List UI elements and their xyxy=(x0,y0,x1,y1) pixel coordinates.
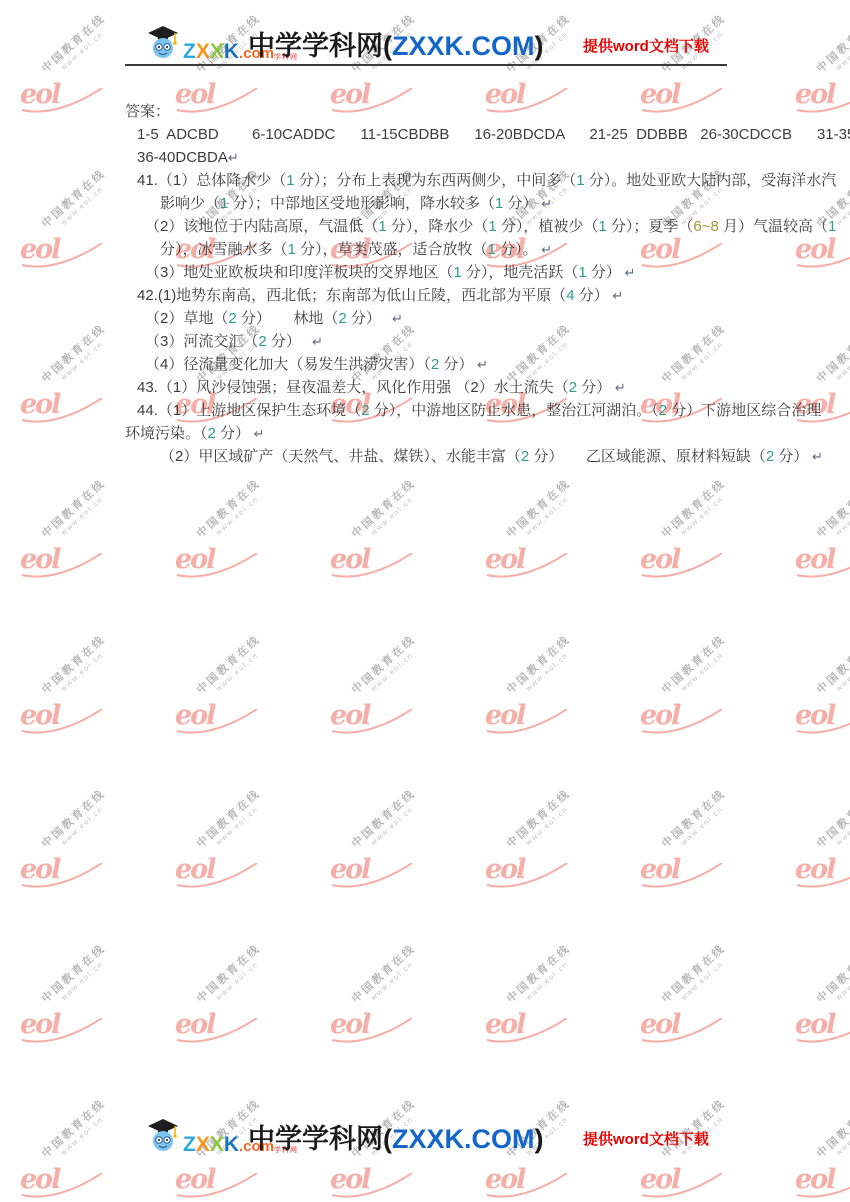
watermark-url: www.eol.cn xyxy=(823,1106,850,1167)
watermark-url: www.eol.cn xyxy=(203,796,269,857)
watermark-swoosh xyxy=(795,863,850,891)
score-number: 2 xyxy=(208,425,216,442)
watermark-eol-logo: eol xyxy=(330,700,369,731)
watermark-eol: 中国教育在线www.eol.cneol xyxy=(20,327,130,422)
watermark-swoosh xyxy=(175,709,259,737)
score-number: 1 xyxy=(488,241,496,258)
score-number: 1 xyxy=(286,172,294,189)
watermark-text: 中国教育在线 xyxy=(195,942,264,1006)
logo-letter: X xyxy=(196,1133,210,1156)
watermark-url: www.eol.cn xyxy=(48,176,114,237)
watermark-swoosh xyxy=(20,88,104,116)
watermark-eol: 中国教育在线www.eol.cneol xyxy=(795,1102,850,1197)
watermark-eol: 中国教育在线www.eol.cneol xyxy=(175,792,285,887)
score-number: 2 xyxy=(766,448,774,465)
watermark-swoosh xyxy=(795,1173,850,1201)
text-run: （3）地处亚欧板块和印度洋板块的交界地区（ xyxy=(145,264,453,281)
watermark-eol-logo: eol xyxy=(795,700,834,731)
watermark-text: 中国教育在线 xyxy=(40,787,109,851)
watermark-text: 中国教育在线 xyxy=(40,1097,109,1161)
watermark-eol: 中国教育在线www.eol.cneol xyxy=(640,482,750,577)
text-run: 分），植被少（ xyxy=(497,218,599,235)
watermark-eol-logo: eol xyxy=(20,544,59,575)
watermark-text: 中国教育在线 xyxy=(350,477,419,541)
text-run: 分） xyxy=(267,333,309,350)
document-line: 44.（1）上游地区保护生态环境（2 分），中游地区防止水患，整治江河湖泊。（2… xyxy=(125,399,825,422)
site-title-paren-open: ( xyxy=(383,31,392,61)
watermark-url: www.eol.cn xyxy=(668,486,734,547)
text-run: 分） 乙区域能源、原材料短缺（ xyxy=(529,448,766,465)
text-run: 分）。地处亚欧大陆内部，受海洋水汽 xyxy=(585,172,837,189)
score-number: 2 xyxy=(361,402,369,419)
watermark-url: www.eol.cn xyxy=(358,642,424,703)
score-number: 1 xyxy=(288,241,296,258)
text-run: 41.（1）总体降水少（ xyxy=(137,172,286,189)
text-run: 分）。 xyxy=(496,241,538,258)
watermark-url: www.eol.cn xyxy=(668,796,734,857)
document-line: （4）径流量变化加大（易发生洪涝灾害）（2 分） ↵ xyxy=(125,353,825,376)
watermark-eol: 中国教育在线www.eol.cneol xyxy=(20,638,130,733)
text-run: 分） xyxy=(587,264,621,281)
text-run: 答案： xyxy=(125,103,170,120)
watermark-url: www.eol.cn xyxy=(48,1106,114,1167)
watermark-text: 中国教育在线 xyxy=(815,942,850,1006)
text-run: 分），冰雪融水多（ xyxy=(160,241,288,258)
document-page: { "page": {"width": 850, "height": 1202,… xyxy=(0,0,850,1202)
score-number: 2 xyxy=(228,310,236,327)
text-run: （2）草地（ xyxy=(145,310,228,327)
watermark-swoosh xyxy=(795,553,850,581)
watermark-eol-logo: eol xyxy=(640,700,679,731)
watermark-eol-logo: eol xyxy=(485,854,524,885)
watermark-eol: 中国教育在线www.eol.cneol xyxy=(795,638,850,733)
watermark-eol-logo: eol xyxy=(20,389,59,420)
watermark-url: www.eol.cn xyxy=(358,486,424,547)
watermark-swoosh xyxy=(20,709,104,737)
logo-letter: K xyxy=(224,40,239,63)
watermark-text: 中国教育在线 xyxy=(660,477,729,541)
watermark-eol-logo: eol xyxy=(485,1164,524,1195)
watermark-swoosh xyxy=(640,709,724,737)
watermark-eol: 中国教育在线www.eol.cneol xyxy=(20,792,130,887)
watermark-swoosh xyxy=(485,1018,569,1046)
document-line: 43.（1）风沙侵蚀强；昼夜温差大，风化作用强 （2）水土流失（2 分） ↵ xyxy=(125,376,825,399)
download-tagline: 提供word文档下载 xyxy=(583,35,709,56)
score-number: 2 xyxy=(258,333,266,350)
watermark-eol: 中国教育在线www.eol.cneol xyxy=(20,482,130,577)
paragraph-return-mark: ↵ xyxy=(388,311,403,326)
watermark-text: 中国教育在线 xyxy=(815,12,850,76)
watermark-eol-logo: eol xyxy=(330,854,369,885)
site-title: 中学学科网(ZXXK.COM) xyxy=(248,24,544,63)
paragraph-return-mark: ↵ xyxy=(473,357,488,372)
watermark-eol-logo: eol xyxy=(20,700,59,731)
watermark-text: 中国教育在线 xyxy=(40,942,109,1006)
watermark-eol: 中国教育在线www.eol.cneol xyxy=(330,792,440,887)
watermark-swoosh xyxy=(640,553,724,581)
watermark-text: 中国教育在线 xyxy=(505,633,574,697)
watermark-swoosh xyxy=(485,553,569,581)
score-number: 4 xyxy=(566,287,574,304)
text-run: 环境污染。（ xyxy=(125,425,208,442)
watermark-eol: 中国教育在线www.eol.cneol xyxy=(20,1102,130,1197)
watermark-eol-logo: eol xyxy=(640,854,679,885)
text-run: 分） xyxy=(439,356,473,373)
watermark-eol-logo: eol xyxy=(20,1009,59,1040)
text-run: 44.（1）上游地区保护生态环境（ xyxy=(137,402,361,419)
watermark-url: www.eol.cn xyxy=(513,642,579,703)
watermark-url: www.eol.cn xyxy=(513,796,579,857)
watermark-url: www.eol.cn xyxy=(823,486,850,547)
watermark-eol-logo: eol xyxy=(175,700,214,731)
logo-letter: K xyxy=(224,1133,239,1156)
watermark-swoosh xyxy=(640,1173,724,1201)
watermark-eol: 中国教育在线www.eol.cneol xyxy=(175,638,285,733)
watermark-eol: 中国教育在线www.eol.cneol xyxy=(485,482,595,577)
watermark-text: 中国教育在线 xyxy=(815,633,850,697)
text-run: 分），中游地区防止水患，整治江河湖泊。（ xyxy=(370,402,659,419)
watermark-text: 中国教育在线 xyxy=(40,477,109,541)
text-run: 分） 林地（ xyxy=(237,310,339,327)
text-run: 43.（1）风沙侵蚀强；昼夜温差大，风化作用强 （2）水土流失（ xyxy=(137,379,569,396)
watermark-eol: 中国教育在线www.eol.cneol xyxy=(20,17,130,112)
watermark-swoosh xyxy=(20,863,104,891)
document-line: 41.（1）总体降水少（1 分）；分布上表现为东西两侧少，中间多（1 分）。地处… xyxy=(125,169,825,192)
watermark-url: www.eol.cn xyxy=(668,951,734,1012)
text-run: 分） xyxy=(503,195,537,212)
watermark-eol: 中国教育在线www.eol.cneol xyxy=(795,947,850,1042)
site-title-footer: 中学学科网(ZXXK.COM) xyxy=(248,1117,544,1156)
watermark-swoosh xyxy=(795,709,850,737)
watermark-url: www.eol.cn xyxy=(48,331,114,392)
watermark-url: www.eol.cn xyxy=(823,21,850,82)
watermark-text: 中国教育在线 xyxy=(350,633,419,697)
paragraph-return-mark: ↵ xyxy=(621,265,636,280)
text-run: 36-40DCBDA xyxy=(137,149,228,166)
site-title-paren-close: ) xyxy=(535,1124,544,1154)
watermark-eol-logo: eol xyxy=(795,1009,834,1040)
text-run: 分） xyxy=(347,310,389,327)
watermark-eol-logo: eol xyxy=(795,544,834,575)
document-line: 分），冰雪融水多（1 分），草类茂盛，适合放牧（1 分）。 ↵ xyxy=(125,238,825,261)
watermark-url: www.eol.cn xyxy=(203,486,269,547)
watermark-text: 中国教育在线 xyxy=(815,787,850,851)
logo-letter: X xyxy=(210,1133,224,1156)
graduate-mascot-icon xyxy=(145,22,181,62)
watermark-url: www.eol.cn xyxy=(823,796,850,857)
watermark-eol-logo: eol xyxy=(640,1009,679,1040)
watermark-swoosh xyxy=(20,1173,104,1201)
watermark-text: 中国教育在线 xyxy=(815,1097,850,1161)
watermark-eol-logo: eol xyxy=(795,1164,834,1195)
watermark-eol: 中国教育在线www.eol.cneol xyxy=(795,792,850,887)
watermark-swoosh xyxy=(330,863,414,891)
watermark-url: www.eol.cn xyxy=(48,796,114,857)
site-title-paren-close: ) xyxy=(535,31,544,61)
text-run: 分） xyxy=(577,379,611,396)
watermark-swoosh xyxy=(20,553,104,581)
watermark-text: 中国教育在线 xyxy=(505,942,574,1006)
watermark-text: 中国教育在线 xyxy=(815,477,850,541)
score-number: 1 xyxy=(378,218,386,235)
text-run: 1-5 ADCBD 6-10CADDC 11-15CBDBB 16-20BDCD… xyxy=(137,126,850,143)
text-run: 分） xyxy=(575,287,609,304)
watermark-text: 中国教育在线 xyxy=(40,167,109,231)
watermark-eol-logo: eol xyxy=(485,700,524,731)
document-line: （3）河流交汇（2 分） ↵ xyxy=(125,330,825,353)
score-number: 2 xyxy=(521,448,529,465)
site-title-cn: 中学学科网 xyxy=(248,31,383,61)
text-run: 分），地壳活跃（ xyxy=(462,264,579,281)
watermark-eol: 中国教育在线www.eol.cneol xyxy=(20,172,130,267)
watermark-text: 中国教育在线 xyxy=(195,477,264,541)
watermark-text: 中国教育在线 xyxy=(505,787,574,851)
document-line: 环境污染。（2 分） ↵ xyxy=(125,422,825,445)
watermark-eol: 中国教育在线www.eol.cneol xyxy=(330,482,440,577)
score-number: 2 xyxy=(569,379,577,396)
site-title-cn: 中学学科网 xyxy=(248,1124,383,1154)
graduate-mascot-icon xyxy=(145,1115,181,1155)
watermark-swoosh xyxy=(485,1173,569,1201)
text-run: 分），草类茂盛，适合放牧（ xyxy=(296,241,488,258)
paragraph-return-mark: ↵ xyxy=(611,380,626,395)
watermark-swoosh xyxy=(20,398,104,426)
watermark-url: www.eol.cn xyxy=(203,642,269,703)
watermark-eol: 中国教育在线www.eol.cneol xyxy=(485,638,595,733)
text-run: （2）该地位于内陆高原，气温低（ xyxy=(145,218,378,235)
site-title-domain: ZXXK.COM xyxy=(392,31,535,61)
logo-brand-text: ZXXK xyxy=(183,1134,239,1155)
watermark-swoosh xyxy=(485,709,569,737)
watermark-swoosh xyxy=(175,1018,259,1046)
watermark-url: www.eol.cn xyxy=(513,486,579,547)
watermark-eol: 中国教育在线www.eol.cneol xyxy=(175,947,285,1042)
watermark-url: www.eol.cn xyxy=(48,642,114,703)
paragraph-return-mark: ↵ xyxy=(538,242,553,257)
logo-letter: Z xyxy=(183,1133,196,1156)
watermark-url: www.eol.cn xyxy=(358,796,424,857)
score-number: 1 xyxy=(828,218,836,235)
logo-letter: X xyxy=(196,40,210,63)
watermark-url: www.eol.cn xyxy=(358,951,424,1012)
watermark-eol-logo: eol xyxy=(20,1164,59,1195)
watermark-text: 中国教育在线 xyxy=(40,322,109,386)
text-run: 分）；分布上表现为东西两侧少，中间多（ xyxy=(295,172,577,189)
document-line: 42.(1)地势东南高，西北低；东南部为低山丘陵，西北部为平原（4 分） ↵ xyxy=(125,284,825,307)
paragraph-return-mark: ↵ xyxy=(228,150,239,165)
watermark-text: 中国教育在线 xyxy=(350,787,419,851)
score-number: 1 xyxy=(488,218,496,235)
watermark-swoosh xyxy=(485,863,569,891)
watermark-url: www.eol.cn xyxy=(513,951,579,1012)
watermark-url: www.eol.cn xyxy=(48,951,114,1012)
watermark-url: www.eol.cn xyxy=(823,642,850,703)
score-number: 2 xyxy=(659,402,667,419)
watermark-text: 中国教育在线 xyxy=(660,787,729,851)
score-number: 2 xyxy=(431,356,439,373)
watermark-text: 中国教育在线 xyxy=(40,633,109,697)
paragraph-return-mark: ↵ xyxy=(250,426,265,441)
score-number: 1 xyxy=(578,264,586,281)
watermark-url: www.eol.cn xyxy=(668,642,734,703)
watermark-eol: 中国教育在线www.eol.cneol xyxy=(330,638,440,733)
watermark-text: 中国教育在线 xyxy=(195,787,264,851)
watermark-eol: 中国教育在线www.eol.cneol xyxy=(795,482,850,577)
logo-letter: X xyxy=(210,40,224,63)
document-line: 1-5 ADCBD 6-10CADDC 11-15CBDBB 16-20BDCD… xyxy=(125,123,825,146)
document-line: （2）草地（2 分） 林地（2 分） ↵ xyxy=(125,307,825,330)
document-line: 答案： xyxy=(125,100,825,123)
text-run: 分） xyxy=(774,448,808,465)
watermark-eol-logo: eol xyxy=(20,234,59,265)
document-line: 36-40DCBDA↵ xyxy=(125,146,825,169)
watermark-swoosh xyxy=(330,1018,414,1046)
answer-document: 答案：1-5 ADCBD 6-10CADDC 11-15CBDBB 16-20B… xyxy=(125,100,825,468)
text-run: 分） xyxy=(216,425,250,442)
paragraph-return-mark: ↵ xyxy=(808,449,823,464)
watermark-eol: 中国教育在线www.eol.cneol xyxy=(795,17,850,112)
watermark-eol: 中国教育在线www.eol.cneol xyxy=(640,792,750,887)
site-title-paren-open: ( xyxy=(383,1124,392,1154)
watermark-eol: 中国教育在线www.eol.cneol xyxy=(640,947,750,1042)
watermark-swoosh xyxy=(175,1173,259,1201)
watermark-eol-logo: eol xyxy=(330,1009,369,1040)
watermark-eol-logo: eol xyxy=(20,79,59,110)
download-tagline-footer: 提供word文档下载 xyxy=(583,1128,709,1149)
text-run: （4）径流量变化加大（易发生洪涝灾害）（ xyxy=(145,356,431,373)
text-run: 影响少（ xyxy=(160,195,220,212)
watermark-swoosh xyxy=(175,553,259,581)
text-run: 月）气温较高（ xyxy=(719,218,828,235)
logo-letter: Z xyxy=(183,40,196,63)
text-run: （3）河流交汇（ xyxy=(145,333,258,350)
watermark-swoosh xyxy=(330,553,414,581)
watermark-eol-logo: eol xyxy=(175,854,214,885)
text-run: 分），降水少（ xyxy=(387,218,489,235)
watermark-eol: 中国教育在线www.eol.cneol xyxy=(485,947,595,1042)
watermark-swoosh xyxy=(640,863,724,891)
site-title-domain: ZXXK.COM xyxy=(392,1124,535,1154)
watermark-url: www.eol.cn xyxy=(48,486,114,547)
watermark-swoosh xyxy=(795,1018,850,1046)
watermark-eol: 中国教育在线www.eol.cneol xyxy=(175,482,285,577)
watermark-text: 中国教育在线 xyxy=(660,633,729,697)
watermark-eol: 中国教育在线www.eol.cneol xyxy=(330,947,440,1042)
text-run: 42.(1)地势东南高，西北低；东南部为低山丘陵，西北部为平原（ xyxy=(137,287,566,304)
document-line: （3）地处亚欧板块和印度洋板块的交界地区（1 分），地壳活跃（1 分） ↵ xyxy=(125,261,825,284)
watermark-eol-logo: eol xyxy=(175,1164,214,1195)
watermark-eol-logo: eol xyxy=(640,1164,679,1195)
logo-brand-text: ZXXK xyxy=(183,41,239,62)
text-run: 分）；夏季（ xyxy=(607,218,694,235)
watermark-text: 中国教育在线 xyxy=(660,942,729,1006)
watermark-eol-logo: eol xyxy=(175,1009,214,1040)
score-number: 1 xyxy=(598,218,606,235)
watermark-swoosh xyxy=(20,1018,104,1046)
watermark-url: www.eol.cn xyxy=(823,951,850,1012)
watermark-eol: 中国教育在线www.eol.cneol xyxy=(485,792,595,887)
watermark-text: 中国教育在线 xyxy=(195,633,264,697)
watermark-eol-logo: eol xyxy=(485,1009,524,1040)
score-number: 1 xyxy=(576,172,584,189)
watermark-eol: 中国教育在线www.eol.cneol xyxy=(640,1102,750,1197)
score-number: 6~8 xyxy=(693,218,718,235)
paragraph-return-mark: ↵ xyxy=(609,288,624,303)
watermark-swoosh xyxy=(640,1018,724,1046)
document-line: （2）该地位于内陆高原，气温低（1 分），降水少（1 分），植被少（1 分）；夏… xyxy=(125,215,825,238)
paragraph-return-mark: ↵ xyxy=(538,196,553,211)
score-number: 1 xyxy=(453,264,461,281)
watermark-eol-logo: eol xyxy=(795,854,834,885)
watermark-swoosh xyxy=(330,709,414,737)
watermark-eol-logo: eol xyxy=(485,544,524,575)
document-line: 影响少（1 分）；中部地区受地形影响，降水较多（1 分） ↵ xyxy=(125,192,825,215)
watermark-eol: 中国教育在线www.eol.cneol xyxy=(640,638,750,733)
watermark-swoosh xyxy=(175,863,259,891)
watermark-url: www.eol.cn xyxy=(823,331,850,392)
watermark-eol-logo: eol xyxy=(330,544,369,575)
watermark-eol-logo: eol xyxy=(330,1164,369,1195)
score-number: 2 xyxy=(338,310,346,327)
watermark-eol: 中国教育在线www.eol.cneol xyxy=(20,947,130,1042)
watermark-swoosh xyxy=(330,1173,414,1201)
text-run: 分）；中部地区受地形影响，降水较多（ xyxy=(228,195,495,212)
watermark-eol-logo: eol xyxy=(20,854,59,885)
watermark-swoosh xyxy=(20,243,104,271)
watermark-eol-logo: eol xyxy=(175,544,214,575)
header-divider xyxy=(125,64,727,66)
watermark-url: www.eol.cn xyxy=(203,951,269,1012)
watermark-text: 中国教育在线 xyxy=(505,477,574,541)
text-run: 分）下游地区综合治理 xyxy=(667,402,821,419)
watermark-eol-logo: eol xyxy=(640,544,679,575)
watermark-text: 中国教育在线 xyxy=(350,942,419,1006)
watermark-url: www.eol.cn xyxy=(48,21,114,82)
text-run: （2）甲区域矿产（天然气、井盐、煤铁）、水能丰富（ xyxy=(160,448,521,465)
watermark-text: 中国教育在线 xyxy=(40,12,109,76)
document-line: （2）甲区域矿产（天然气、井盐、煤铁）、水能丰富（2 分） 乙区域能源、原材料短… xyxy=(125,445,825,468)
paragraph-return-mark: ↵ xyxy=(308,334,323,349)
